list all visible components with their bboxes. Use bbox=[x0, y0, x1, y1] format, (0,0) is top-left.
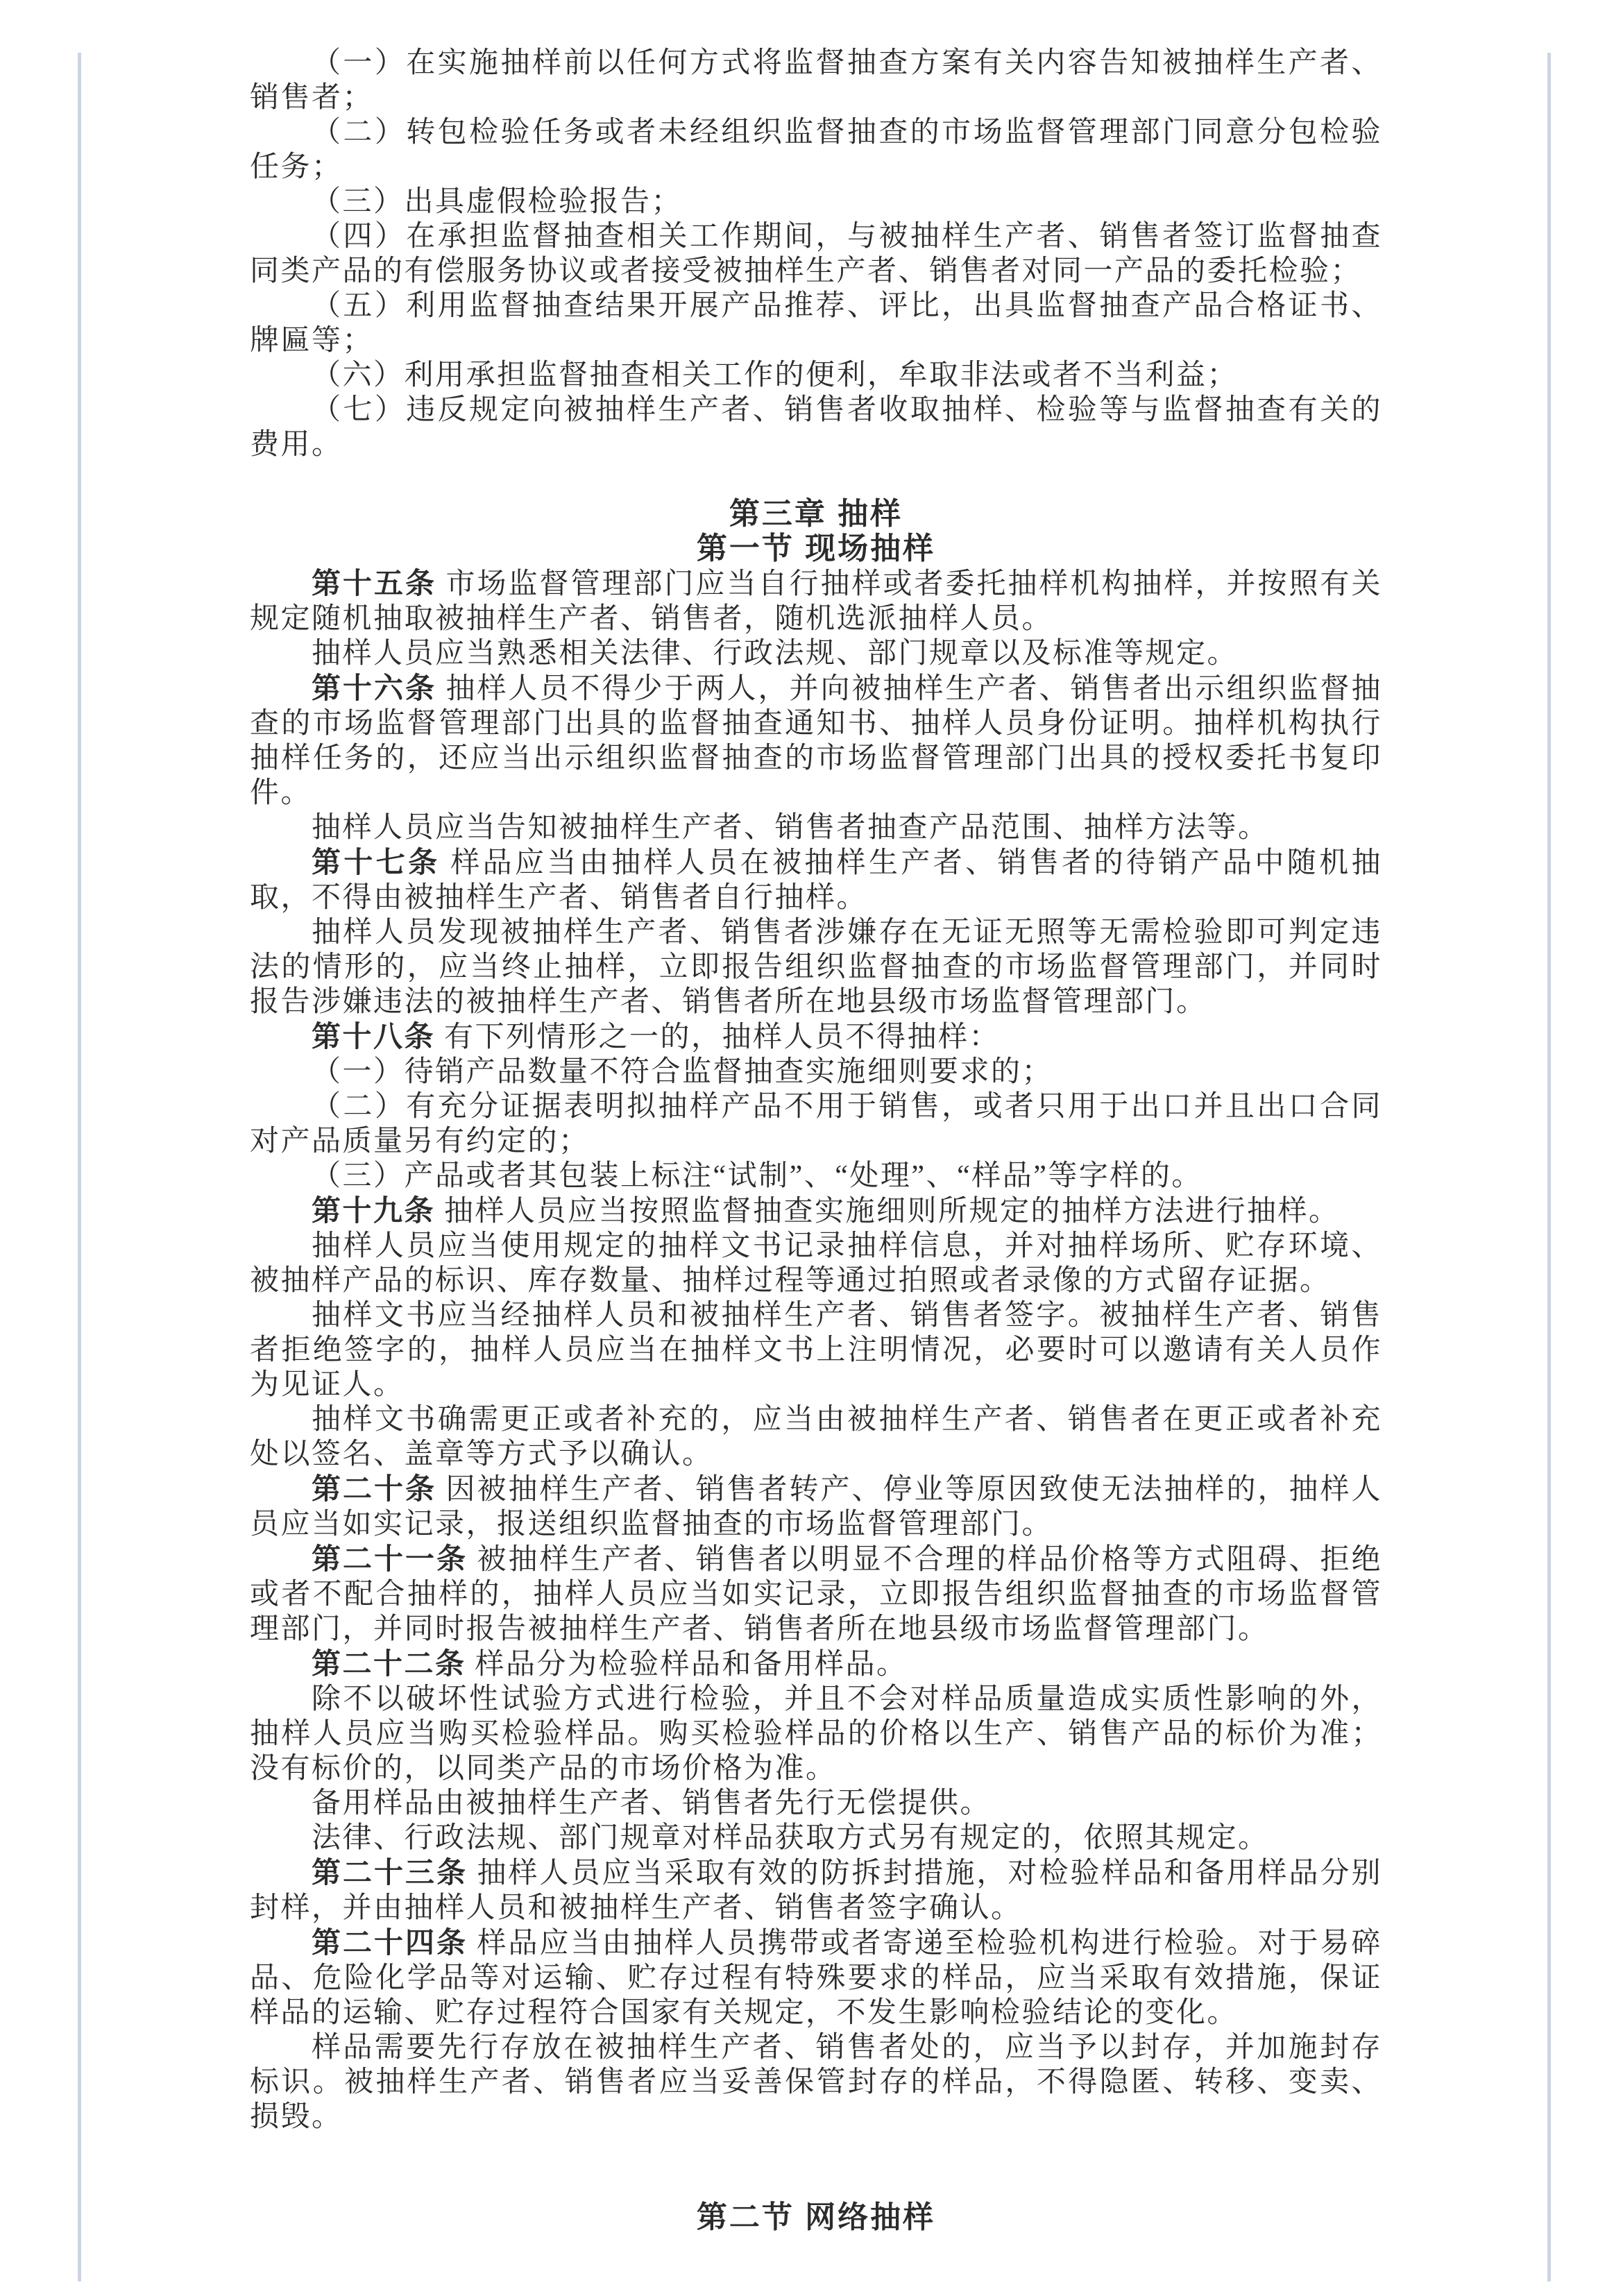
paragraph: 样品需要先行存放在被抽样生产者、销售者处的，应当予以封存，并加施封存标识。被抽样… bbox=[250, 2030, 1382, 2134]
article-number: 第十八条 bbox=[312, 1020, 435, 1053]
paragraph: 除不以破坏性试验方式进行检验，并且不会对样品质量造成实质性影响的外，抽样人员应当… bbox=[250, 1682, 1382, 1786]
paragraph: （六）利用承担监督抽查相关工作的便利，牟取非法或者不当利益； bbox=[250, 358, 1382, 393]
paragraph: （一）在实施抽样前以任何方式将监督抽查方案有关内容告知被抽样生产者、销售者； bbox=[250, 46, 1382, 115]
document-body: （一）在实施抽样前以任何方式将监督抽查方案有关内容告知被抽样生产者、销售者；（二… bbox=[250, 46, 1382, 2235]
paragraph: （三）出具虚假检验报告； bbox=[250, 185, 1382, 219]
paragraph: 第二十二条 样品分为检验样品和备用样品。 bbox=[250, 1647, 1382, 1682]
paragraph: 抽样人员发现被抽样生产者、销售者涉嫌存在无证无照等无需检验即可判定违法的情形的，… bbox=[250, 915, 1382, 1019]
article-number: 第十五条 bbox=[312, 567, 436, 599]
article-number: 第十九条 bbox=[312, 1194, 435, 1227]
paragraph: 抽样人员应当熟悉相关法律、行政法规、部门规章以及标准等规定。 bbox=[250, 636, 1382, 671]
section-heading: 第二节 网络抽样 bbox=[250, 2200, 1382, 2235]
page-edge-right bbox=[1547, 53, 1551, 2281]
section-heading: 第一节 现场抽样 bbox=[250, 532, 1382, 566]
paragraph: 备用样品由被抽样生产者、销售者先行无偿提供。 bbox=[250, 1786, 1382, 1821]
paragraph: 抽样文书应当经抽样人员和被抽样生产者、销售者签字。被抽样生产者、销售者拒绝签字的… bbox=[250, 1298, 1382, 1402]
paragraph: 第十六条 抽样人员不得少于两人，并向被抽样生产者、销售者出示组织监督抽查的市场监… bbox=[250, 671, 1382, 810]
article-number: 第二十二条 bbox=[312, 1647, 466, 1680]
paragraph: 第二十条 因被抽样生产者、销售者转产、停业等原因致使无法抽样的，抽样人员应当如实… bbox=[250, 1472, 1382, 1542]
paragraph: 抽样人员应当告知被抽样生产者、销售者抽查产品范围、抽样方法等。 bbox=[250, 810, 1382, 845]
article-number: 第二十一条 bbox=[312, 1542, 468, 1575]
page-edge-left bbox=[78, 53, 81, 2281]
paragraph: （二）转包检验任务或者未经组织监督抽查的市场监督管理部门同意分包检验任务； bbox=[250, 115, 1382, 185]
legal-document-page: { "page": { "background_color": "#ffffff… bbox=[0, 0, 1623, 2296]
paragraph: 第十八条 有下列情形之一的，抽样人员不得抽样： bbox=[250, 1019, 1382, 1055]
paragraph: （七）违反规定向被抽样生产者、销售者收取抽样、检验等与监督抽查有关的费用。 bbox=[250, 393, 1382, 462]
paragraph: 第二十四条 样品应当由抽样人员携带或者寄递至检验机构进行检验。对于易碎品、危险化… bbox=[250, 1925, 1382, 2030]
article-number: 第二十四条 bbox=[312, 1926, 468, 1959]
paragraph: 第十七条 样品应当由抽样人员在被抽样生产者、销售者的待销产品中随机抽取，不得由被… bbox=[250, 845, 1382, 915]
article-number: 第十六条 bbox=[312, 672, 436, 704]
chapter-heading: 第三章 抽样 bbox=[250, 497, 1382, 532]
paragraph: 抽样人员应当使用规定的抽样文书记录抽样信息，并对抽样场所、贮存环境、被抽样产品的… bbox=[250, 1229, 1382, 1298]
paragraph: （三）产品或者其包装上标注“试制”、“处理”、“样品”等字样的。 bbox=[250, 1159, 1382, 1193]
paragraph: （五）利用监督抽查结果开展产品推荐、评比，出具监督抽查产品合格证书、牌匾等； bbox=[250, 289, 1382, 358]
paragraph: 第二十一条 被抽样生产者、销售者以明显不合理的样品价格等方式阻碍、拒绝或者不配合… bbox=[250, 1542, 1382, 1647]
paragraph: （四）在承担监督抽查相关工作期间，与被抽样生产者、销售者签订监督抽查同类产品的有… bbox=[250, 219, 1382, 289]
article-number: 第二十三条 bbox=[312, 1856, 468, 1889]
paragraph: （二）有充分证据表明拟抽样产品不用于销售，或者只用于出口并且出口合同对产品质量另… bbox=[250, 1089, 1382, 1159]
paragraph: 第十五条 市场监督管理部门应当自行抽样或者委托抽样机构抽样，并按照有关规定随机抽… bbox=[250, 566, 1382, 636]
paragraph: 第十九条 抽样人员应当按照监督抽查实施细则所规定的抽样方法进行抽样。 bbox=[250, 1193, 1382, 1229]
paragraph: 第二十三条 抽样人员应当采取有效的防拆封措施，对检验样品和备用样品分别封样，并由… bbox=[250, 1855, 1382, 1925]
article-number: 第二十条 bbox=[312, 1472, 436, 1505]
paragraph: 抽样文书确需更正或者补充的，应当由被抽样生产者、销售者在更正或者补充处以签名、盖… bbox=[250, 1402, 1382, 1472]
paragraph: （一）待销产品数量不符合监督抽查实施细则要求的； bbox=[250, 1055, 1382, 1089]
article-number: 第十七条 bbox=[312, 846, 440, 878]
paragraph: 法律、行政法规、部门规章对样品获取方式另有规定的，依照其规定。 bbox=[250, 1821, 1382, 1855]
